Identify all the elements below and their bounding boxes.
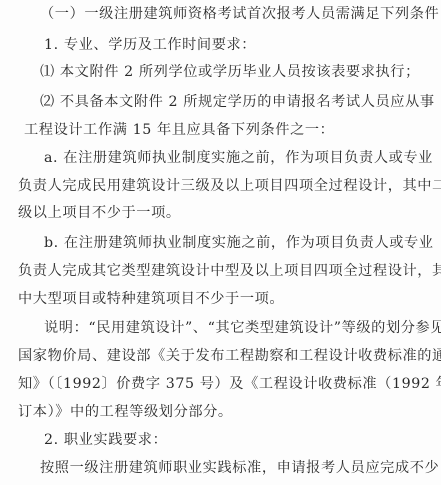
subheading-2: 2. 职业实践要求： [44, 430, 167, 450]
paragraph-line: b. 在注册建筑师执业制度实施之前，作为项目负责人或专业 [44, 233, 434, 253]
paragraph-line: 按照一级注册建筑师职业实践标准，申请报考人员应完成不少 [40, 458, 439, 478]
paragraph-line: ⑵ 不具备本文附件 2 所规定学历的申请报名考试人员应从事 [40, 92, 435, 112]
note-line: 订本）》中的工程等级划分部分。 [18, 402, 233, 422]
subheading-1: 1. 专业、学历及工作时间要求： [44, 35, 256, 55]
paragraph-line: 负责人完成其它类型建筑设计中型及以上项目四项全过程设计，其 [18, 261, 441, 281]
paragraph-line: 级以上项目不少于一项。 [18, 203, 181, 223]
paragraph-line: a. 在注册建筑师执业制度实施之前，作为项目负责人或专业 [44, 148, 433, 168]
note-line: 说明：“民用建筑设计”、“其它类型建筑设计”等级的划分参见 [44, 318, 441, 338]
paragraph-line: 工程设计工作满 15 年且应具备下列条件之一： [24, 120, 334, 140]
paragraph-line: 负责人完成民用建筑设计三级及以上项目四项全过程设计，其中二 [18, 176, 441, 196]
section-heading: （一）一级注册建筑师资格考试首次报考人员需满足下列条件： [40, 4, 441, 24]
paragraph-line: ⑴ 本文附件 2 所列学位或学历毕业人员按该表要求执行； [40, 62, 420, 82]
note-line: 国家物价局、建设部《关于发布工程勘察和工程设计收费标准的通 [18, 346, 441, 366]
paragraph-line: 中大型项目或特种建筑项目不少于一项。 [18, 289, 284, 309]
note-line: 知》（〔1992〕价费字 375 号）及《工程设计收费标准（1992 年修 [18, 374, 441, 394]
document-page: （一）一级注册建筑师资格考试首次报考人员需满足下列条件： 1. 专业、学历及工作… [0, 0, 441, 485]
